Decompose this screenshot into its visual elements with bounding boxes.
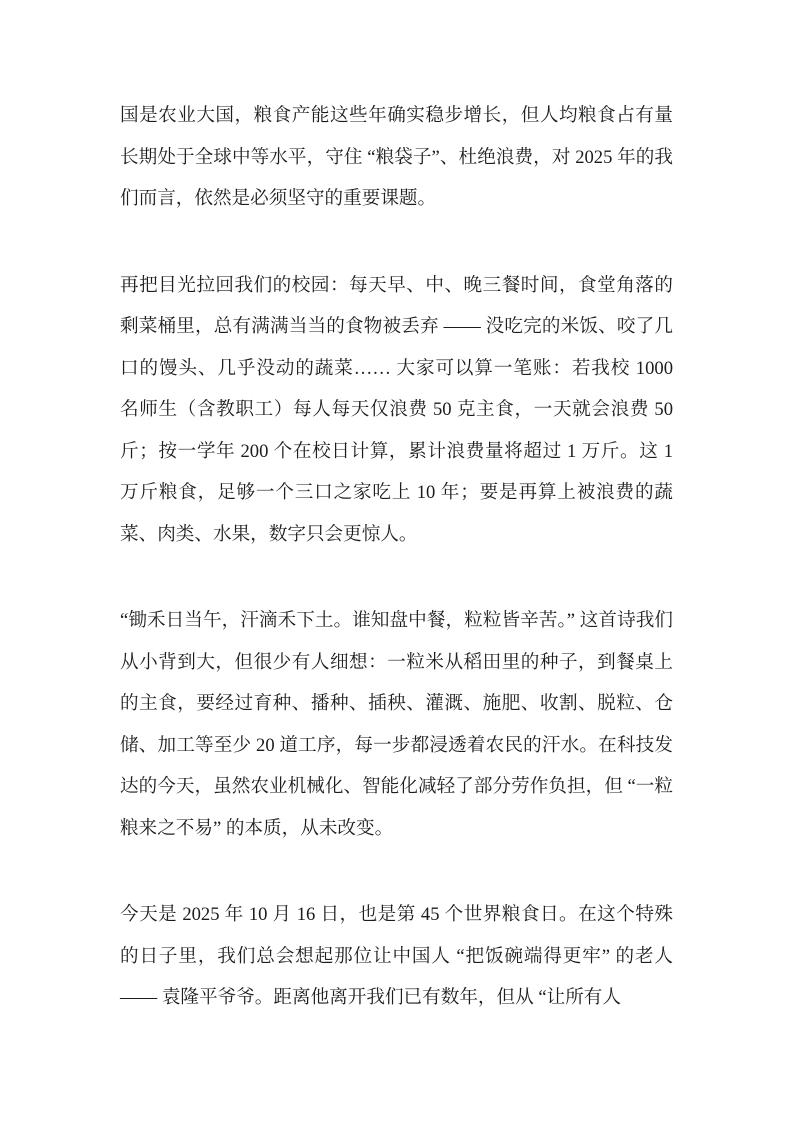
paragraph-campus-waste-calculation: 再把目光拉回我们的校园：每天早、中、晚三餐时间，食堂角落的剩菜桶里，总有满满当当…: [120, 265, 673, 556]
paragraph-poem-farming-labor: “锄禾日当午，汗滴禾下土。谁知盘中餐，粒粒皆辛苦。” 这首诗我们从小背到大，但很…: [120, 600, 673, 849]
paragraph-world-food-day: 今天是 2025 年 10 月 16 日，也是第 45 个世界粮食日。在这个特殊…: [120, 894, 673, 1019]
document-page: 国是农业大国，粮食产能这些年确实稳步增长，但人均粮食占有量长期处于全球中等水平，…: [0, 0, 793, 1122]
document-body: 国是农业大国，粮食产能这些年确实稳步增长，但人均粮食占有量长期处于全球中等水平，…: [120, 95, 673, 1019]
paragraph-grain-security: 国是农业大国，粮食产能这些年确实稳步增长，但人均粮食占有量长期处于全球中等水平，…: [120, 95, 673, 220]
